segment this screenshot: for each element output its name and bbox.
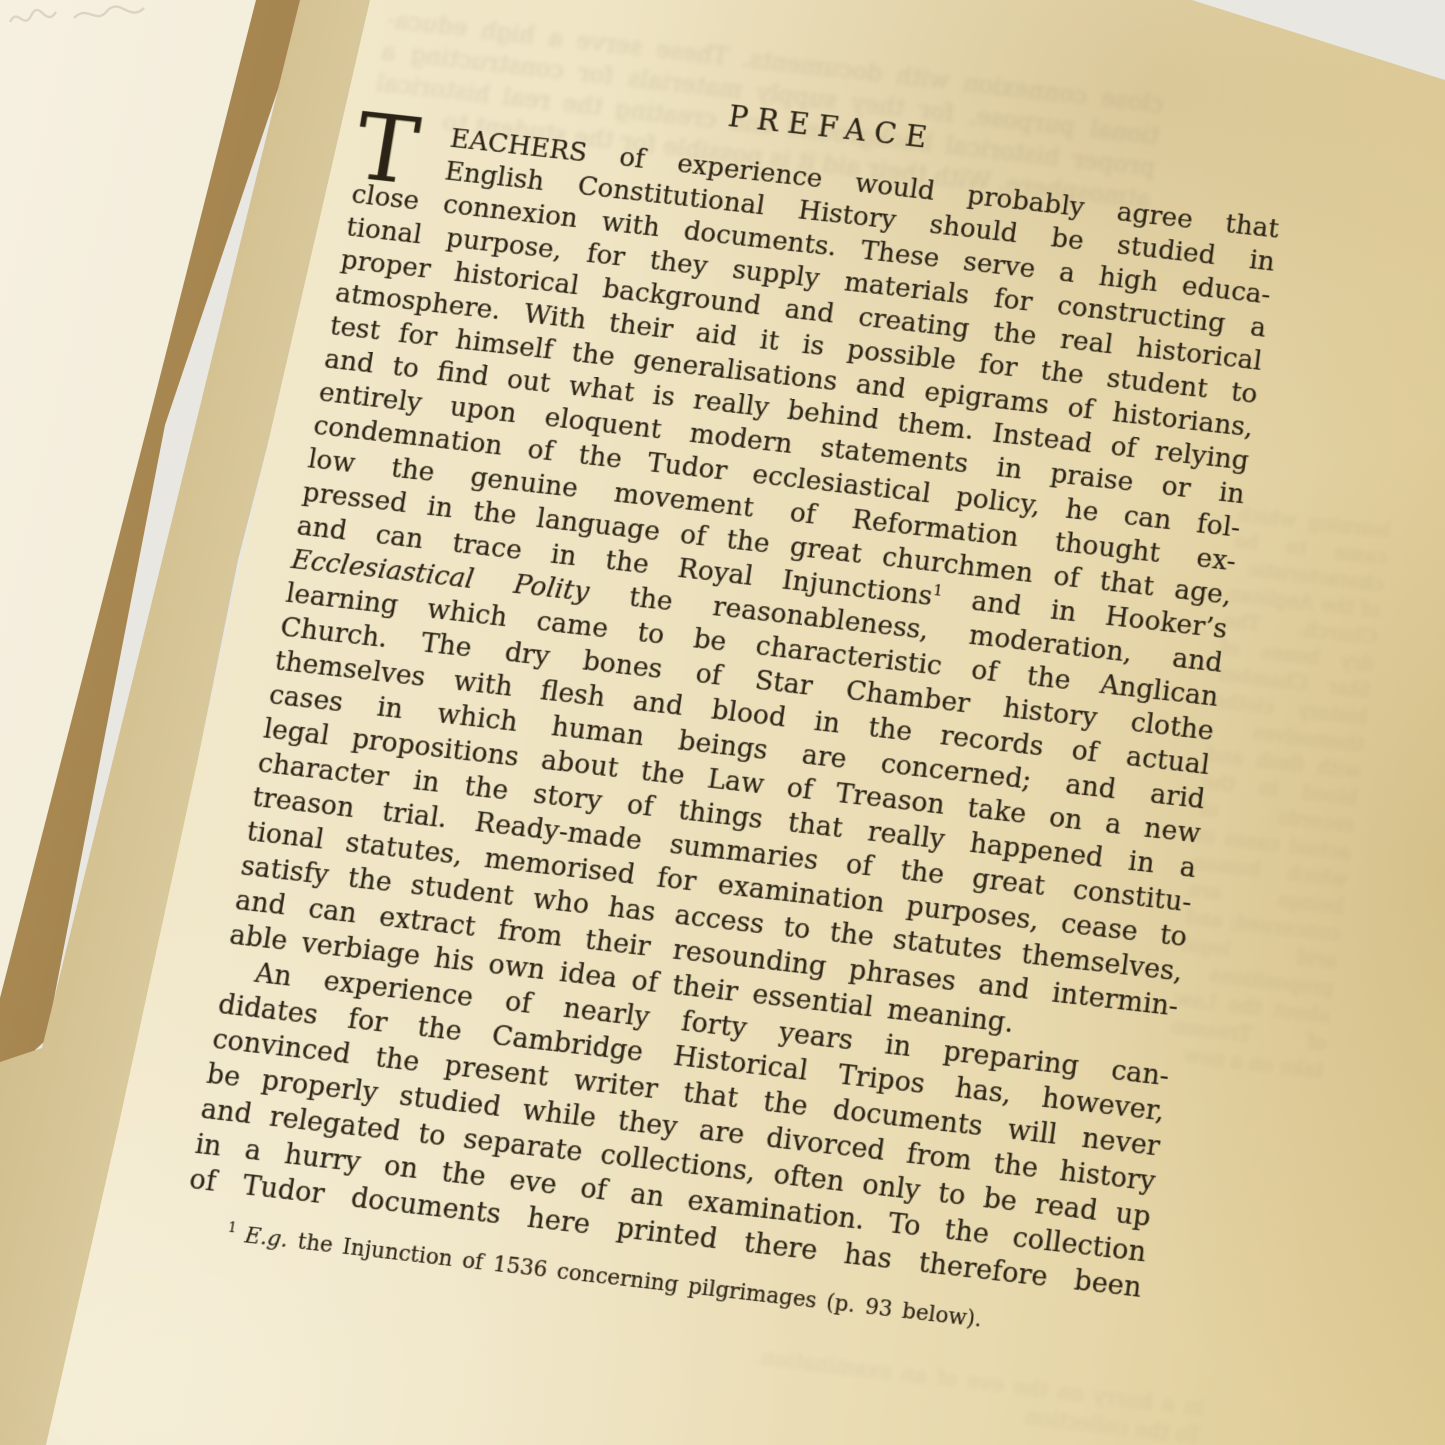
page-content: close connexion with documents. These se… <box>179 60 1287 1351</box>
preface-text: T EACHERS of experience would probably a… <box>187 113 1281 1306</box>
photo-of-open-book: close connexion with documents. These se… <box>0 0 1445 1445</box>
pencil-marks <box>4 2 214 54</box>
